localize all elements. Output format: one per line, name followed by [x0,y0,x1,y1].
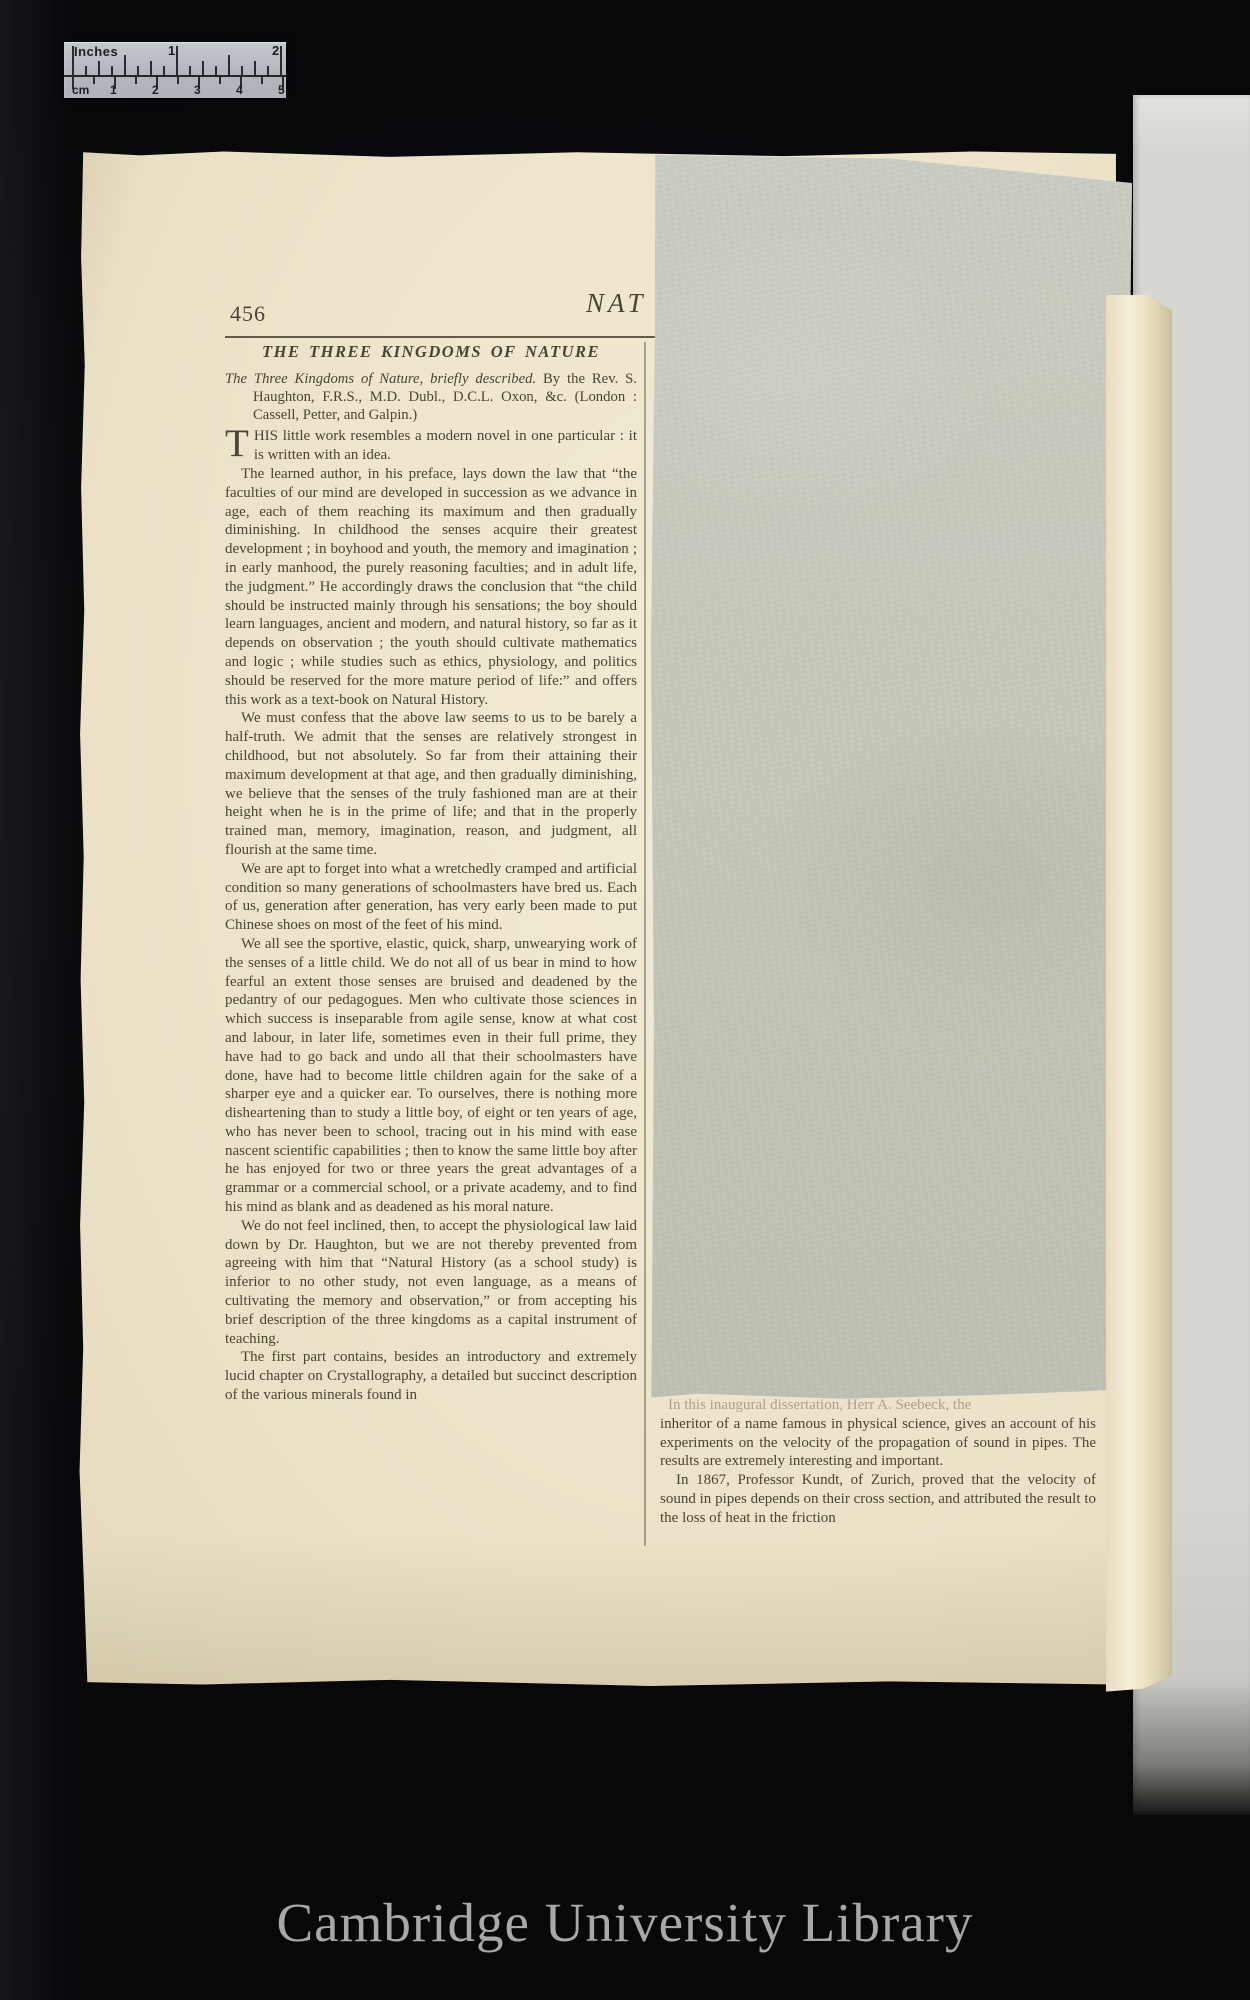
page-number: 456 [230,301,266,327]
body-paragraph: The first part contains, besides an intr… [225,1348,637,1404]
ruler-ticks [72,77,284,89]
ruler-cm-label: cm [72,83,89,97]
right-column: In this inaugural dissertation, Herr A. … [660,1396,1096,1528]
book-scan-stage: Inches 1 2 cm 1 2 3 4 5 456 NAT THE THRE… [0,0,1250,2000]
running-head: NAT [586,288,647,319]
cm-number: 3 [194,83,201,97]
article-heading: THE THREE KINGDOMS OF NATURE [225,343,637,362]
cm-number: 4 [236,83,243,97]
citation-title: The Three Kingdoms of Nature, briefly de… [225,371,536,387]
cm-number: 2 [152,83,159,97]
column-divider-rule [644,342,646,1546]
body-paragraph: The learned author, in his preface, lays… [225,465,637,709]
ruler-cm-scale: cm 1 2 3 4 5 [64,77,286,98]
library-watermark: Cambridge University Library [0,1891,1250,1954]
measurement-ruler: Inches 1 2 cm 1 2 3 4 5 [64,42,286,98]
body-paragraph: We all see the sportive, elastic, quick,… [225,935,637,1217]
body-paragraph: inheritor of a name famous in physical s… [660,1415,1096,1471]
drop-cap: T [225,427,254,459]
opening-paragraph: THIS little work resembles a modern nove… [225,427,637,465]
left-column: THE THREE KINGDOMS OF NATURE The Three K… [225,343,637,1405]
tissue-interleaf-overlay [650,148,1133,1400]
ruler-ticks [72,46,284,75]
faded-text-line: In this inaugural dissertation, Herr A. … [660,1396,1096,1415]
body-paragraph: We do not feel inclined, then, to accept… [225,1217,637,1349]
page-fore-edge-curl [1106,295,1172,1693]
cm-number: 5 [278,83,285,97]
body-paragraph: In 1867, Professor Kundt, of Zurich, pro… [660,1471,1096,1527]
inch-number: 1 [168,43,175,58]
cm-number: 1 [110,83,117,97]
inch-number: 2 [272,43,279,58]
ruler-inches-scale: Inches 1 2 [64,42,286,77]
body-paragraph: We are apt to forget into what a wretche… [225,860,637,935]
book-citation: The Three Kingdoms of Nature, briefly de… [225,370,637,425]
body-paragraph: We must confess that the above law seems… [225,709,637,859]
opening-text: HIS little work resembles a modern novel… [254,428,637,463]
